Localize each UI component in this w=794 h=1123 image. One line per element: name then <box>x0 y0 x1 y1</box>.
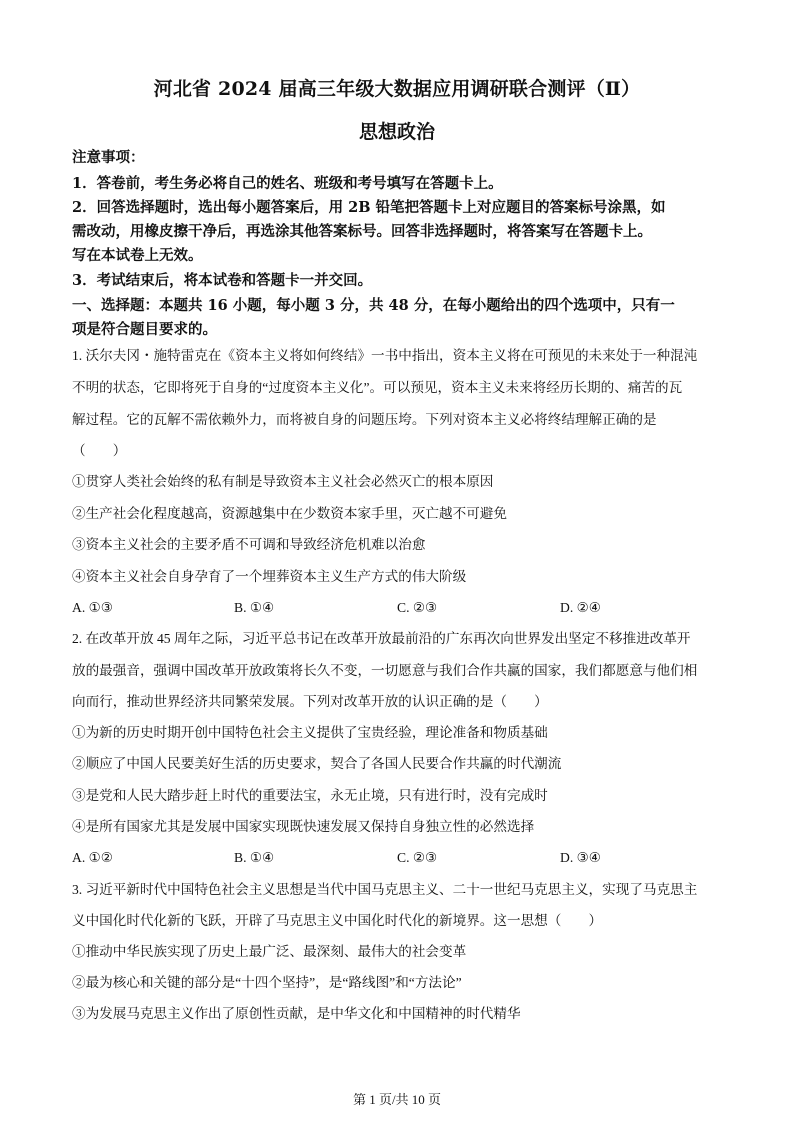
statement: ③为发展马克思主义作出了原创性贡献，是中华文化和中国精神的时代精华 <box>72 1005 732 1023</box>
statement: ①贯穿人类社会始终的私有制是导致资本主义社会必然灭亡的根本原因 <box>72 473 732 491</box>
statement: ①为新的历史时期开创中国特色社会主义提供了宝贵经验，理论准备和物质基础 <box>72 724 732 742</box>
question-stem-line: 1. 沃尔夫冈・施特雷克在《资本主义将如何终结》一书中指出，资本主义将在可预见的… <box>72 347 732 365</box>
question-stem-line: 向而行，推动世界经济共同繁荣发展。下列对改革开放的认识正确的是（ ） <box>72 693 732 711</box>
section-line: 项是符合题目要求的。 <box>72 319 724 341</box>
option-d: D. ②④ <box>560 599 601 617</box>
page-number: 第 1 页/共 10 页 <box>0 1089 794 1108</box>
question-stem-line: 3. 习近平新时代中国特色社会主义思想是当代中国马克思主义、二十一世纪马克思主义… <box>72 881 732 899</box>
option-a: A. ①③ <box>72 599 113 617</box>
option-a: A. ①② <box>72 849 113 867</box>
statement: ③资本主义社会的主要矛盾不可调和导致经济危机难以治愈 <box>72 536 732 554</box>
notice-line: 2．回答选择题时，选出每小题答案后，用 2B 铅笔把答题卡上对应题目的答案标号涂… <box>72 197 724 219</box>
option-c: C. ②③ <box>397 849 437 867</box>
option-b: B. ①④ <box>234 849 274 867</box>
section-line: 一、选择题：本题共 16 小题，每小题 3 分，共 48 分，在每小题给出的四个… <box>72 295 732 317</box>
statement: ③是党和人民大踏步赶上时代的重要法宝，永无止境，只有进行时，没有完成时 <box>72 787 732 805</box>
statement: ②顺应了中国人民要美好生活的历史要求，契合了各国人民要合作共赢的时代潮流 <box>72 755 732 773</box>
question-stem-line: 解过程。它的瓦解不需依赖外力，而将被自身的问题压垮。下列对资本主义必将终结理解正… <box>72 411 732 429</box>
statement: ②生产社会化程度越高，资源越集中在少数资本家手里，灭亡越不可避免 <box>72 505 732 523</box>
notice-line: 需改动，用橡皮擦干净后，再选涂其他答案标号。回答非选择题时，将答案写在答题卡上。 <box>72 221 724 243</box>
notice-line: 1．答卷前，考生务必将自己的姓名、班级和考号填写在答题卡上。 <box>72 173 724 195</box>
statement: ④资本主义社会自身孕育了一个埋葬资本主义生产方式的伟大阶级 <box>72 568 732 586</box>
question-stem-line: 不明的状态，它即将死于自身的“过度资本主义化”。可以预见，资本主义未来将经历长期… <box>72 379 732 397</box>
statement: ②最为核心和关键的部分是“十四个坚持”，是“路线图”和“方法论” <box>72 974 732 992</box>
notice-line: 3．考试结束后，将本试卷和答题卡一并交回。 <box>72 270 724 292</box>
statement: ①推动中华民族实现了历史上最广泛、最深刻、最伟大的社会变革 <box>72 943 732 961</box>
question-stem-line: 2. 在改革开放 45 周年之际，习近平总书记在改革开放最前沿的广东再次向世界发… <box>72 630 732 648</box>
notice-heading: 注意事项： <box>72 147 724 169</box>
question-stem-line: 放的最强音，强调中国改革开放政策将长久不变，一切愿意与我们合作共赢的国家，我们都… <box>72 662 732 680</box>
option-d: D. ③④ <box>560 849 601 867</box>
option-c: C. ②③ <box>397 599 437 617</box>
statement: ④是所有国家尤其是发展中国家实现既快速发展又保持自身独立性的必然选择 <box>72 818 732 836</box>
option-b: B. ①④ <box>234 599 274 617</box>
subject-title: 思想政治 <box>0 117 794 144</box>
question-stem-line: 义中国化时代化新的飞跃，开辟了马克思主义中国化时代化的新境界。这一思想（ ） <box>72 912 732 930</box>
exam-title: 河北省 2024 届高三年级大数据应用调研联合测评（Ⅱ） <box>0 74 794 101</box>
answer-blank: （ ） <box>72 442 732 460</box>
notice-line: 写在本试卷上无效。 <box>72 245 724 267</box>
